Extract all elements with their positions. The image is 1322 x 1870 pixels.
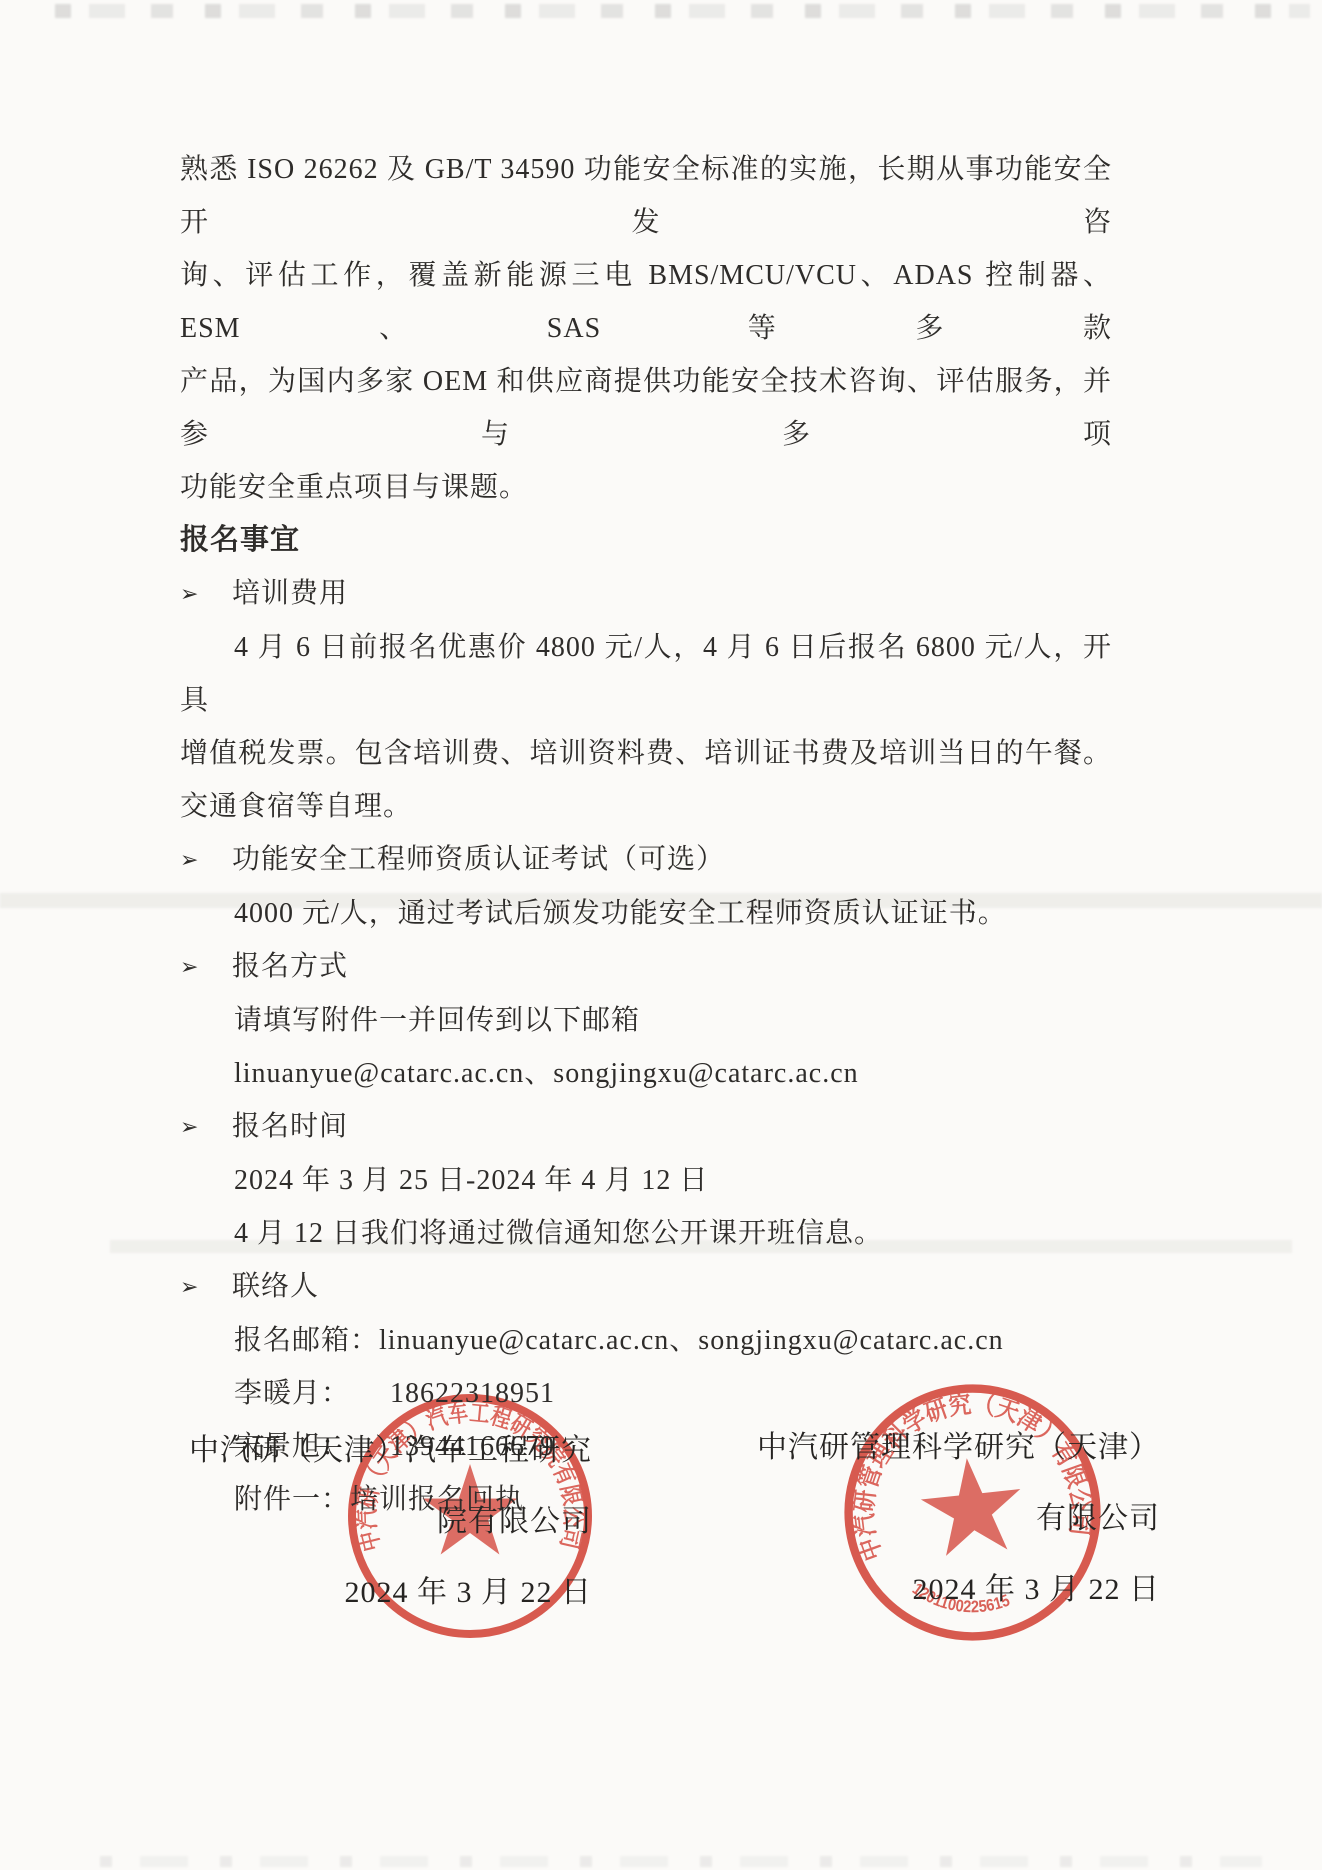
section-heading: 报名事宜 bbox=[180, 514, 1112, 567]
fee-line: 增值税发票。包含培训费、培训资料费、培训证书费及培训当日的午餐。 bbox=[180, 727, 1112, 780]
contact-email-line: 报名邮箱：linuanyue@catarc.ac.cn、songjingxu@c… bbox=[180, 1314, 1112, 1367]
bullet-label: 联络人 bbox=[232, 1271, 319, 1302]
exam-line: 4000 元/人，通过考试后颁发功能安全工程师资质认证证书。 bbox=[180, 887, 1112, 940]
bullet-item-exam: ➢功能安全工程师资质认证考试（可选） bbox=[180, 833, 1112, 887]
bullet-arrow-icon: ➢ bbox=[180, 940, 232, 993]
bullet-arrow-icon: ➢ bbox=[180, 1260, 232, 1313]
signature-block-right: 中汽研管理科学研究（天津） 有限公司 2024 年 3 月 22 日 bbox=[748, 1412, 1160, 1625]
contact-phone: 18622318951 bbox=[390, 1378, 555, 1409]
signature-block-left: 中汽研（天津）汽车工程研究 院有限公司 2024 年 3 月 22 日 bbox=[180, 1415, 592, 1628]
method-line: 请填写附件一并回传到以下邮箱 bbox=[180, 994, 1112, 1047]
bullet-arrow-icon: ➢ bbox=[180, 1100, 232, 1153]
bullet-label: 功能安全工程师资质认证考试（可选） bbox=[232, 844, 725, 875]
notice-line: 4 月 12 日我们将通过微信通知您公开课开班信息。 bbox=[180, 1207, 1112, 1260]
registration-period: 2024 年 3 月 25 日-2024 年 4 月 12 日 bbox=[180, 1154, 1112, 1207]
fee-line: 交通食宿等自理。 bbox=[180, 780, 1112, 833]
bullet-item-contact: ➢联络人 bbox=[180, 1260, 1112, 1314]
registration-emails: linuanyue@catarc.ac.cn、songjingxu@catarc… bbox=[180, 1047, 1112, 1100]
bullet-label: 报名方式 bbox=[232, 951, 348, 982]
intro-line: 产品，为国内多家 OEM 和供应商提供功能安全技术咨询、评估服务，并参与多项 bbox=[180, 355, 1112, 461]
company-name-line: 院有限公司 bbox=[180, 1486, 592, 1557]
bullet-item-method: ➢报名方式 bbox=[180, 940, 1112, 994]
bullet-arrow-icon: ➢ bbox=[180, 833, 232, 886]
bullet-item-time: ➢报名时间 bbox=[180, 1100, 1112, 1154]
contact-name: 李暖月： bbox=[234, 1378, 350, 1409]
bullet-arrow-icon: ➢ bbox=[180, 567, 232, 620]
bullet-label: 培训费用 bbox=[232, 578, 348, 609]
intro-line: 功能安全重点项目与课题。 bbox=[180, 461, 1112, 514]
intro-line: 熟悉 ISO 26262 及 GB/T 34590 功能安全标准的实施，长期从事… bbox=[180, 143, 1112, 249]
company-name-line: 中汽研（天津）汽车工程研究 bbox=[180, 1415, 592, 1486]
scan-artifact-top bbox=[55, 4, 1310, 18]
scan-artifact-bottom bbox=[100, 1856, 1262, 1867]
scanned-document-page: 熟悉 ISO 26262 及 GB/T 34590 功能安全标准的实施，长期从事… bbox=[0, 0, 1322, 1870]
company-name-line: 中汽研管理科学研究（天津） bbox=[748, 1412, 1160, 1483]
bullet-item-fee: ➢培训费用 bbox=[180, 567, 1112, 621]
company-name-line: 有限公司 bbox=[748, 1483, 1160, 1554]
signature-date: 2024 年 3 月 22 日 bbox=[748, 1554, 1160, 1625]
document-body: 熟悉 ISO 26262 及 GB/T 34590 功能安全标准的实施，长期从事… bbox=[180, 143, 1112, 1526]
intro-line: 询、评估工作，覆盖新能源三电 BMS/MCU/VCU、ADAS 控制器、ESM、… bbox=[180, 249, 1112, 355]
signature-date: 2024 年 3 月 22 日 bbox=[180, 1557, 592, 1628]
fee-line: 4 月 6 日前报名优惠价 4800 元/人，4 月 6 日后报名 6800 元… bbox=[180, 621, 1112, 727]
bullet-label: 报名时间 bbox=[232, 1111, 348, 1142]
